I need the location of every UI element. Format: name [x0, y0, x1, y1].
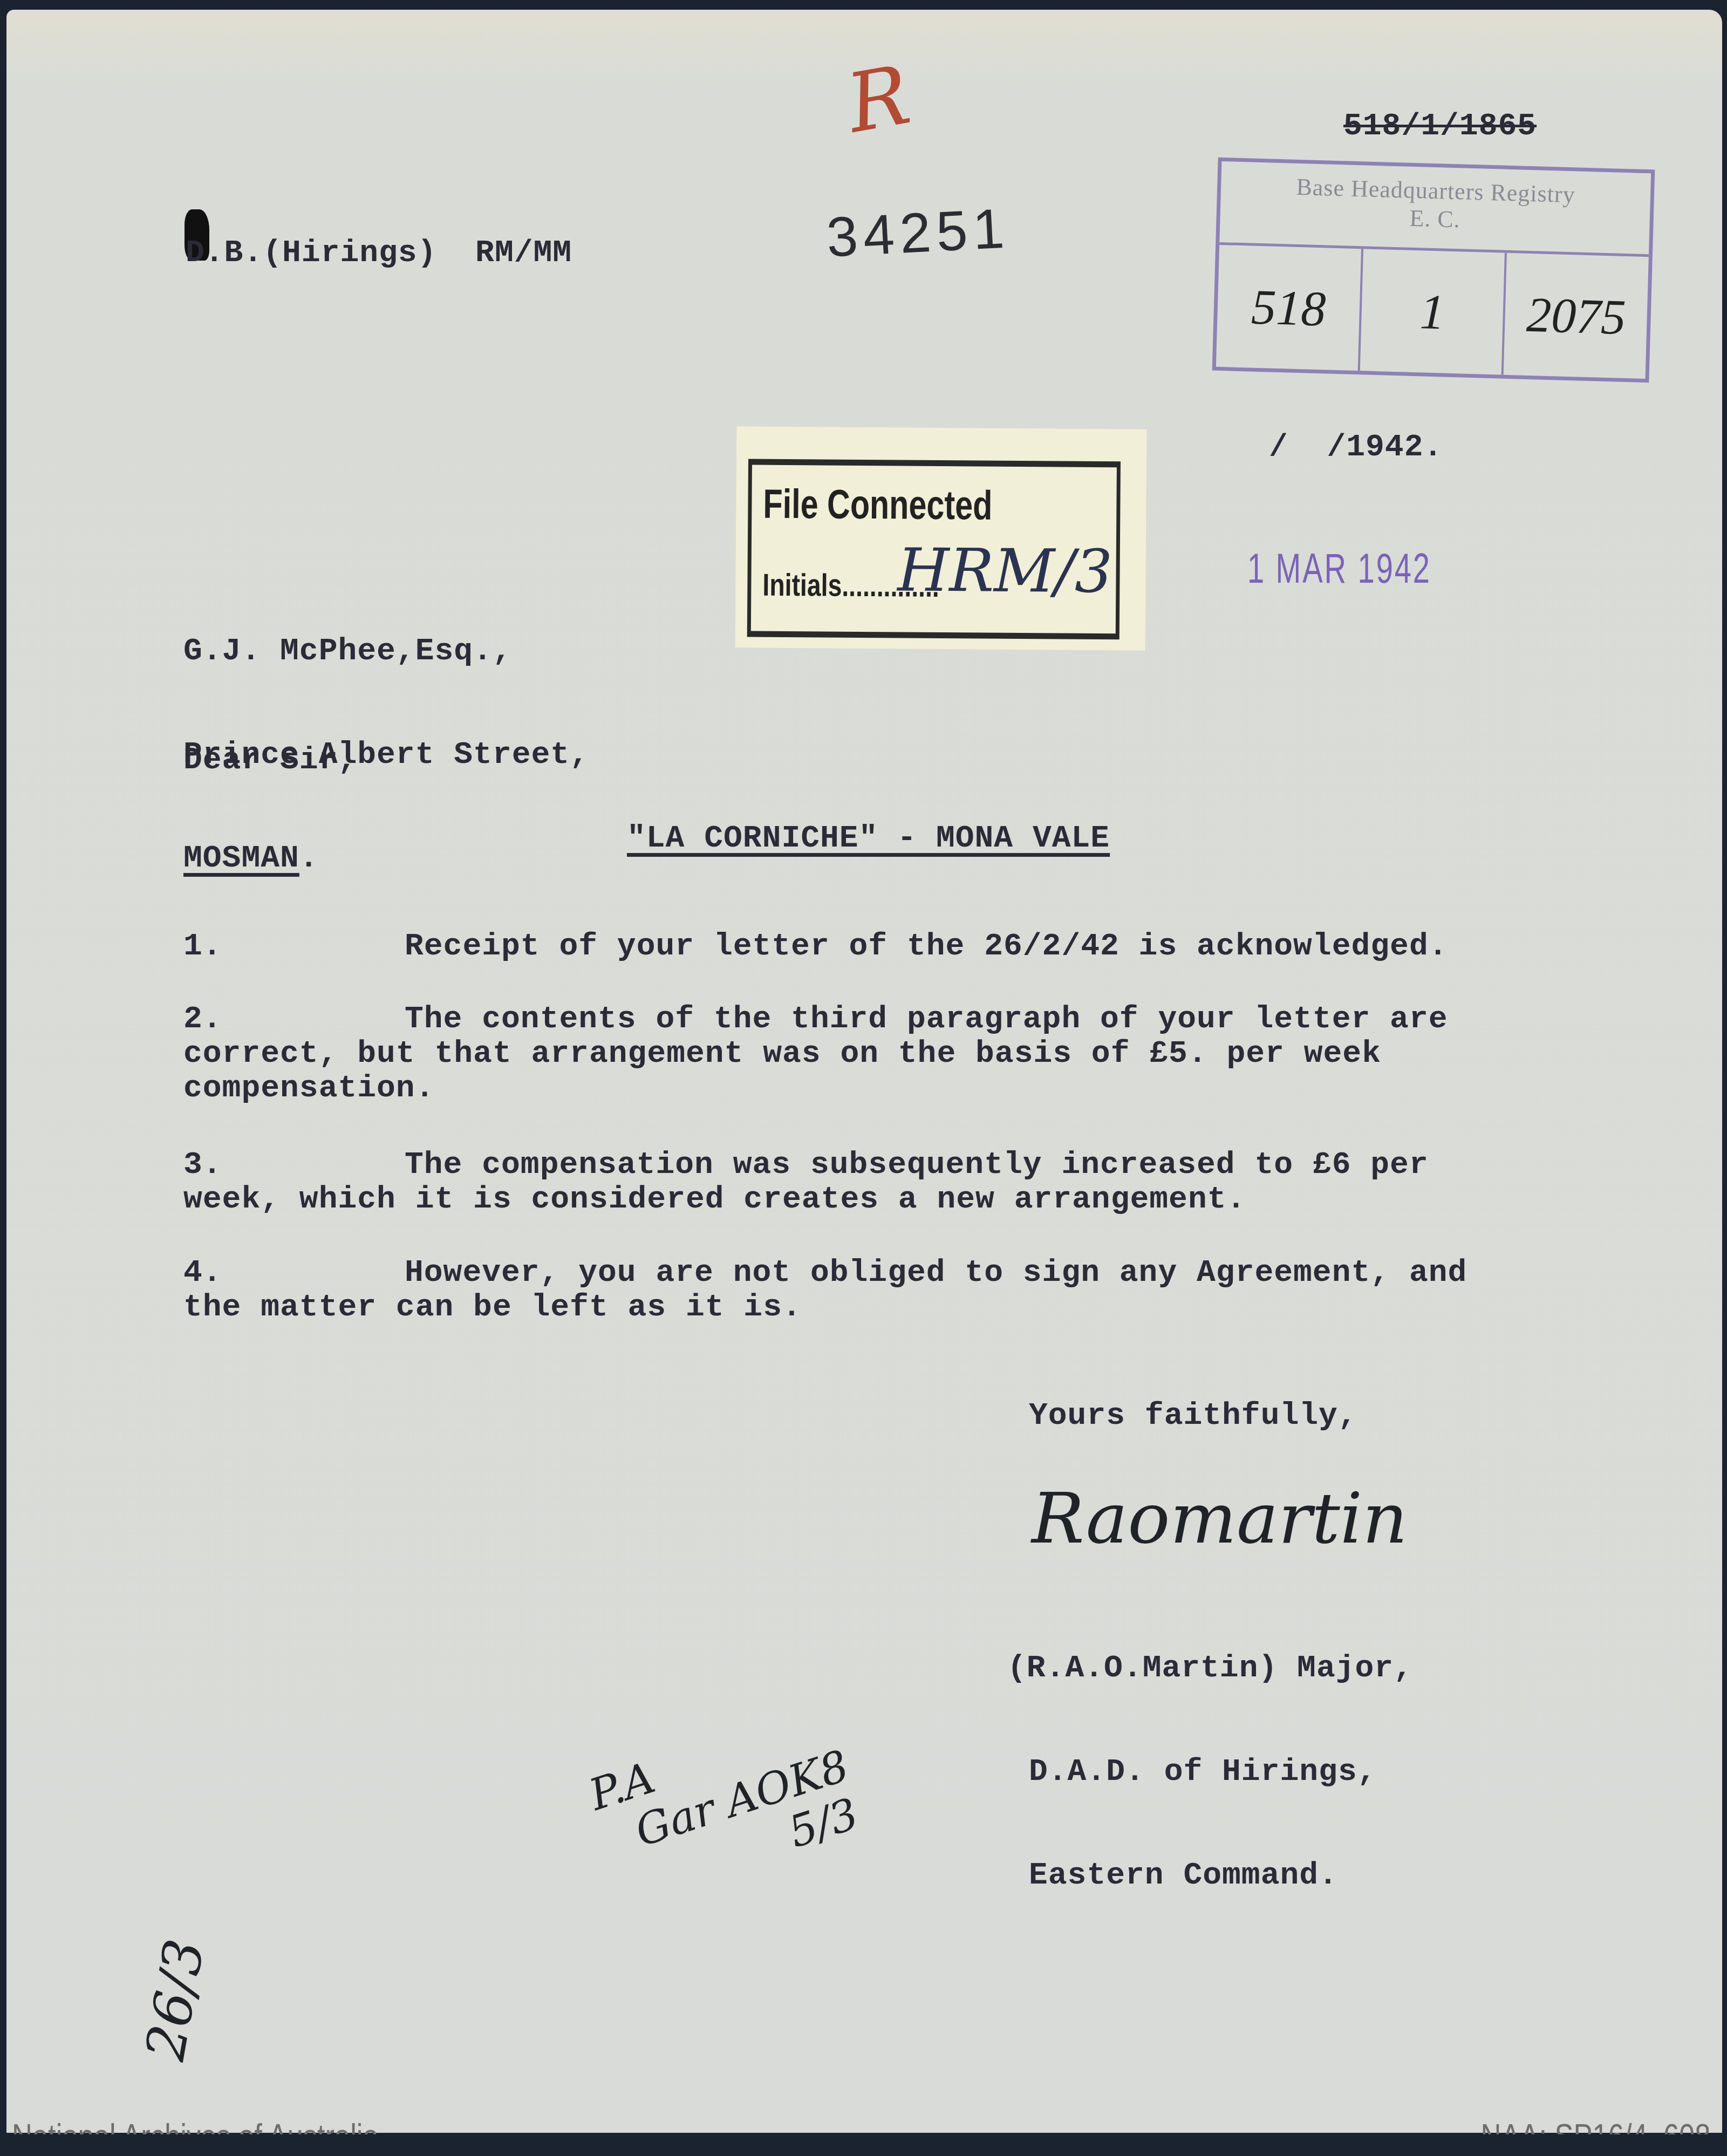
file-connected-title: File Connected [763, 481, 992, 529]
stamped-number: 34251 [825, 196, 1011, 270]
salutation: Dear Sir, [183, 743, 357, 778]
paragraph-number: 2. [183, 1002, 222, 1037]
closing: Yours faithfully, [1029, 1399, 1357, 1434]
signatory-name: (R.A.O.Martin) Major, [1007, 1652, 1413, 1686]
paragraph-text-continued: the matter can be left as it is. [183, 1291, 802, 1325]
received-date-stamp: 1 MAR 1942 [1247, 544, 1431, 593]
paragraph-text: However, you are not obliged to sign any… [405, 1256, 1467, 1291]
paragraph-text: Receipt of your letter of the 26/2/42 is… [405, 930, 1448, 964]
scan-background-edge [0, 2134, 1727, 2156]
crossed-file-reference: 518/1/1865 [1343, 110, 1537, 144]
red-initial-mark: R [841, 49, 917, 152]
subject-heading: "LA CORNICHE" - MONA VALE [627, 822, 1110, 856]
registry-cell-part: 1 [1360, 249, 1507, 374]
signatory-title: D.A.D. of Hirings, [1007, 1755, 1413, 1790]
registry-stamp-cells: 518 1 2075 [1216, 242, 1649, 379]
paragraph-text-continued: correct, but that arrangement was on the… [183, 1037, 1381, 1106]
signature: Raomartin [1032, 1477, 1408, 1559]
handwritten-note: P.A Gar AOK8 5/3 [584, 1695, 870, 1912]
file-connected-initials-signature: HRM/3 [897, 535, 1112, 606]
paragraph-text: The compensation was subsequently increa… [405, 1148, 1429, 1183]
document-page: R 518/1/1865 Base Headquarters Registry … [6, 10, 1722, 2133]
paragraph-number: 4. [183, 1256, 222, 1291]
addressee-suburb-line: MOSMAN. [183, 842, 589, 876]
registry-stamp-title: Base Headquarters Registry E. C. [1220, 171, 1651, 239]
registry-stamp: Base Headquarters Registry E. C. 518 1 2… [1212, 158, 1655, 383]
registry-cell-folio: 2075 [1504, 253, 1649, 379]
reference-line: D.B.(Hirings) RM/MM [186, 236, 572, 271]
file-connected-slip: File Connected Initials.............. HR… [735, 426, 1147, 650]
registry-cell-file: 518 [1216, 245, 1363, 371]
paragraph-text: The contents of the third paragraph of y… [405, 1002, 1448, 1037]
paragraph-number: 3. [183, 1148, 222, 1183]
addressee-name: G.J. McPhee,Esq., [183, 634, 589, 669]
paragraph-text-continued: week, which it is considered creates a n… [183, 1183, 1246, 1217]
paragraph-number: 1. [183, 930, 222, 964]
signatory-block: (R.A.O.Martin) Major, D.A.D. of Hirings,… [1007, 1582, 1413, 1962]
date-line: / /1942. [1269, 431, 1443, 465]
margin-note: 26/3 [133, 1935, 216, 2065]
signatory-command: Eastern Command. [1007, 1859, 1413, 1893]
addressee-suburb: MOSMAN [183, 841, 299, 876]
